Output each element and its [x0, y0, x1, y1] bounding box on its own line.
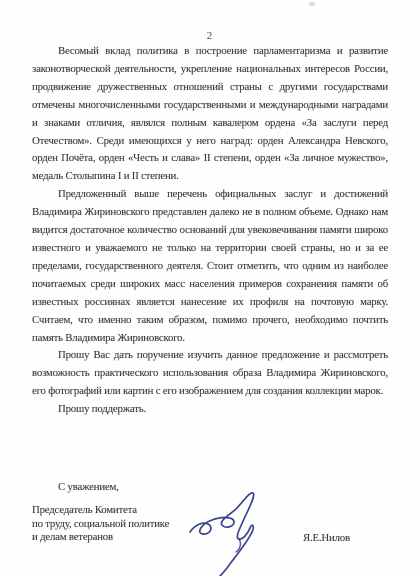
signer-title-line-1: Председатель Комитета [32, 504, 169, 518]
signer-name: Я.Е.Нилов [303, 532, 350, 544]
paragraph-achievements: Весомый вклад политика в построение парл… [32, 43, 388, 186]
signer-title-line-3: и делам ветеранов [32, 531, 169, 545]
paragraph-support: Прошу поддержать. [32, 401, 388, 419]
closing-salutation: С уважением, [58, 481, 119, 493]
paragraph-request: Прошу Вас дать поручение изучить данное … [32, 347, 388, 401]
handwritten-signature-image [182, 486, 272, 576]
scanned-letter-page: 2 Весомый вклад политика в построение па… [0, 0, 419, 576]
scan-artifact-mark [309, 2, 315, 6]
signer-title-line-2: по труду, социальной политике [32, 518, 169, 532]
page-number: 2 [0, 30, 419, 42]
paragraph-memorial-proposal: Предложенный выше перечень официальных з… [32, 186, 388, 347]
signer-title: Председатель Комитета по труду, социальн… [32, 504, 169, 545]
letter-body: Весомый вклад политика в построение парл… [32, 43, 388, 419]
